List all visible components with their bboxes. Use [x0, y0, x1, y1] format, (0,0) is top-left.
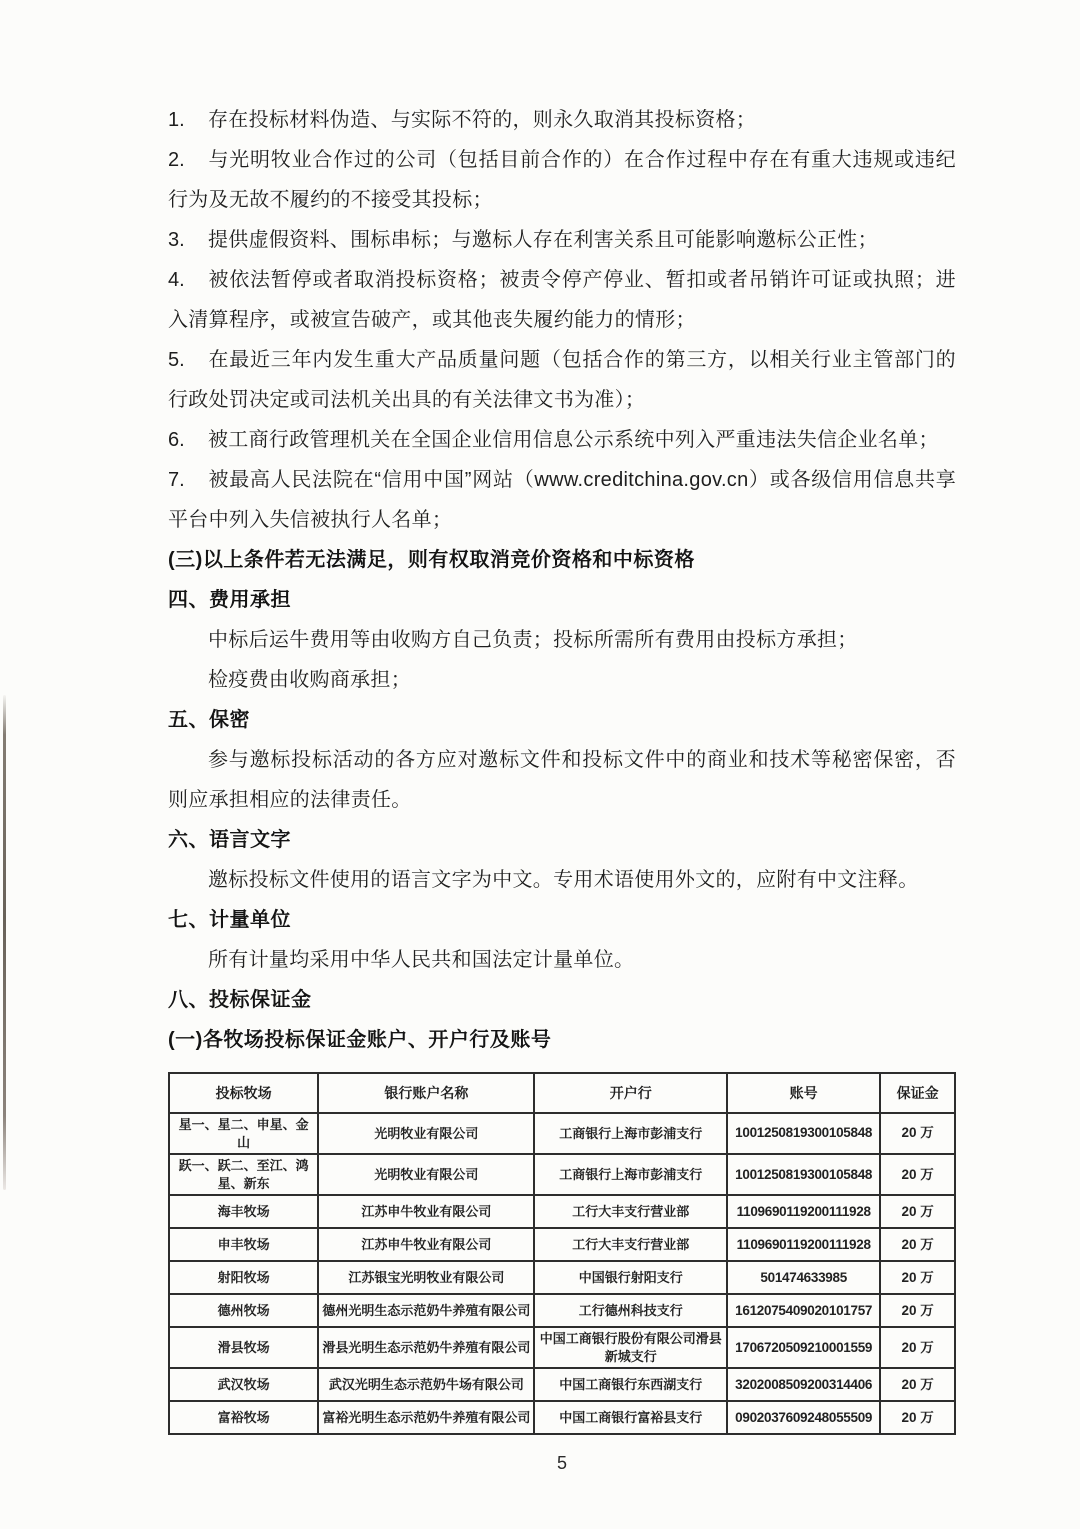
item-number: 6. — [168, 420, 208, 460]
item-text: 提供虚假资料、围标串标；与邀标人存在利害关系且可能影响邀标公正性； — [208, 229, 878, 251]
account-name-cell: 江苏申牛牧业有限公司 — [318, 1228, 534, 1261]
item-text: 被最高人民法院在“信用中国”网站（www.creditchina.gov.cn）… — [168, 469, 956, 531]
item-number: 5. — [168, 340, 208, 380]
farm-cell: 滑县牧场 — [169, 1327, 318, 1368]
account-number-cell: 1109690119200111928 — [727, 1195, 880, 1228]
item-number: 1. — [168, 100, 208, 140]
numbered-item: 4.被依法暂停或者取消投标资格；被责令停产停业、暂扣或者吊销许可证或执照；进入清… — [168, 260, 956, 340]
account-number-cell: 0902037609248055509 — [727, 1401, 880, 1434]
numbered-item: 2.与光明牧业合作过的公司（包括目前合作的）在合作过程中存在有重大违规或违纪行为… — [168, 140, 956, 220]
item-text: 在最近三年内发生重大产品质量问题（包括合作的第三方，以相关行业主管部门的行政处罚… — [168, 349, 956, 411]
clause-heading: (三)以上条件若无法满足，则有权取消竞价资格和中标资格 — [168, 540, 956, 580]
table-row: 申丰牧场江苏申牛牧业有限公司工行大丰支行营业部11096901192001119… — [169, 1228, 955, 1261]
account-number-cell: 1109690119200111928 — [727, 1228, 880, 1261]
bank-branch-cell: 中国工商银行东西湖支行 — [534, 1368, 727, 1401]
item-text: 被依法暂停或者取消投标资格；被责令停产停业、暂扣或者吊销许可证或执照；进入清算程… — [168, 269, 956, 331]
account-name-cell: 光明牧业有限公司 — [318, 1113, 534, 1154]
page-content: 1.存在投标材料伪造、与实际不符的，则永久取消其投标资格； 2.与光明牧业合作过… — [168, 100, 956, 1474]
numbered-item: 7.被最高人民法院在“信用中国”网站（www.creditchina.gov.c… — [168, 460, 956, 540]
section-heading-bid-deposit: 八、投标保证金 — [168, 980, 956, 1020]
bank-branch-cell: 中国工商银行股份有限公司滑县新城支行 — [534, 1327, 727, 1368]
deposit-amount-cell: 20 万 — [880, 1368, 955, 1401]
account-name-cell: 德州光明生态示范奶牛养殖有限公司 — [318, 1294, 534, 1327]
farm-cell: 富裕牧场 — [169, 1401, 318, 1434]
table-header-row: 投标牧场银行账户名称开户行账号保证金 — [169, 1073, 955, 1113]
account-name-cell: 江苏申牛牧业有限公司 — [318, 1195, 534, 1228]
deposit-amount-cell: 20 万 — [880, 1228, 955, 1261]
item-number: 2. — [168, 140, 208, 180]
document-page: 1.存在投标材料伪造、与实际不符的，则永久取消其投标资格； 2.与光明牧业合作过… — [0, 0, 1080, 1529]
bank-branch-cell: 工商银行上海市彭浦支行 — [534, 1113, 727, 1154]
bank-branch-cell: 中国银行射阳支行 — [534, 1261, 727, 1294]
account-name-cell: 江苏银宝光明牧业有限公司 — [318, 1261, 534, 1294]
account-number-cell: 1001250819300105848 — [727, 1154, 880, 1195]
farm-cell: 申丰牧场 — [169, 1228, 318, 1261]
table-row: 海丰牧场江苏申牛牧业有限公司工行大丰支行营业部11096901192001119… — [169, 1195, 955, 1228]
farm-cell: 德州牧场 — [169, 1294, 318, 1327]
deposit-amount-cell: 20 万 — [880, 1261, 955, 1294]
account-number-cell: 1706720509210001559 — [727, 1327, 880, 1368]
farm-cell: 射阳牧场 — [169, 1261, 318, 1294]
deposit-amount-cell: 20 万 — [880, 1294, 955, 1327]
section-paragraph: 检疫费由收购商承担； — [168, 660, 956, 700]
table-row: 星一、星二、申星、金山光明牧业有限公司工商银行上海市彭浦支行1001250819… — [169, 1113, 955, 1154]
numbered-item: 6.被工商行政管理机关在全国企业信用信息公示系统中列入严重违法失信企业名单； — [168, 420, 956, 460]
column-header: 账号 — [727, 1073, 880, 1113]
deposit-amount-cell: 20 万 — [880, 1195, 955, 1228]
deposit-amount-cell: 20 万 — [880, 1401, 955, 1434]
section-paragraph: 中标后运牛费用等由收购方自己负责；投标所需所有费用由投标方承担； — [168, 620, 956, 660]
table-caption: (一)各牧场投标保证金账户、开户行及账号 — [168, 1020, 956, 1060]
numbered-item: 1.存在投标材料伪造、与实际不符的，则永久取消其投标资格； — [168, 100, 956, 140]
deposit-amount-cell: 20 万 — [880, 1113, 955, 1154]
column-header: 保证金 — [880, 1073, 955, 1113]
account-number-cell: 3202008509200314406 — [727, 1368, 880, 1401]
section-paragraph: 邀标投标文件使用的语言文字为中文。专用术语使用外文的，应附有中文注释。 — [168, 860, 956, 900]
item-text: 与光明牧业合作过的公司（包括目前合作的）在合作过程中存在有重大违规或违纪行为及无… — [168, 149, 956, 211]
section-heading-confidentiality: 五、保密 — [168, 700, 956, 740]
account-name-cell: 富裕光明生态示范奶牛养殖有限公司 — [318, 1401, 534, 1434]
bank-branch-cell: 中国工商银行富裕县支行 — [534, 1401, 727, 1434]
account-name-cell: 滑县光明生态示范奶牛养殖有限公司 — [318, 1327, 534, 1368]
column-header: 投标牧场 — [169, 1073, 318, 1113]
section-heading-units: 七、计量单位 — [168, 900, 956, 940]
account-name-cell: 光明牧业有限公司 — [318, 1154, 534, 1195]
bank-branch-cell: 工行大丰支行营业部 — [534, 1195, 727, 1228]
section-heading-fees: 四、费用承担 — [168, 580, 956, 620]
account-number-cell: 1001250819300105848 — [727, 1113, 880, 1154]
column-header: 开户行 — [534, 1073, 727, 1113]
table-row: 跃一、跃二、至江、鸿星、新东光明牧业有限公司工商银行上海市彭浦支行1001250… — [169, 1154, 955, 1195]
account-number-cell: 501474633985 — [727, 1261, 880, 1294]
bank-branch-cell: 工行大丰支行营业部 — [534, 1228, 727, 1261]
account-name-cell: 武汉光明生态示范奶牛场有限公司 — [318, 1368, 534, 1401]
deposit-amount-cell: 20 万 — [880, 1327, 955, 1368]
farm-cell: 海丰牧场 — [169, 1195, 318, 1228]
farm-cell: 星一、星二、申星、金山 — [169, 1113, 318, 1154]
scan-artifact-line — [3, 695, 6, 1190]
table-row: 武汉牧场武汉光明生态示范奶牛场有限公司中国工商银行东西湖支行3202008509… — [169, 1368, 955, 1401]
column-header: 银行账户名称 — [318, 1073, 534, 1113]
deposit-table: 投标牧场银行账户名称开户行账号保证金 星一、星二、申星、金山光明牧业有限公司工商… — [168, 1072, 956, 1435]
numbered-item: 5.在最近三年内发生重大产品质量问题（包括合作的第三方，以相关行业主管部门的行政… — [168, 340, 956, 420]
page-number: 5 — [168, 1453, 956, 1474]
bank-branch-cell: 工行德州科技支行 — [534, 1294, 727, 1327]
section-paragraph: 参与邀标投标活动的各方应对邀标文件和投标文件中的商业和技术等秘密保密，否则应承担… — [168, 740, 956, 820]
item-number: 7. — [168, 460, 208, 500]
item-text: 被工商行政管理机关在全国企业信用信息公示系统中列入严重违法失信企业名单； — [208, 429, 939, 451]
section-paragraph: 所有计量均采用中华人民共和国法定计量单位。 — [168, 940, 956, 980]
account-number-cell: 1612075409020101757 — [727, 1294, 880, 1327]
numbered-item: 3.提供虚假资料、围标串标；与邀标人存在利害关系且可能影响邀标公正性； — [168, 220, 956, 260]
bank-branch-cell: 工商银行上海市彭浦支行 — [534, 1154, 727, 1195]
farm-cell: 武汉牧场 — [169, 1368, 318, 1401]
item-text: 存在投标材料伪造、与实际不符的，则永久取消其投标资格； — [208, 109, 756, 131]
table-row: 德州牧场德州光明生态示范奶牛养殖有限公司工行德州科技支行161207540902… — [169, 1294, 955, 1327]
section-heading-language: 六、语言文字 — [168, 820, 956, 860]
table-row: 滑县牧场滑县光明生态示范奶牛养殖有限公司中国工商银行股份有限公司滑县新城支行17… — [169, 1327, 955, 1368]
table-row: 富裕牧场富裕光明生态示范奶牛养殖有限公司中国工商银行富裕县支行090203760… — [169, 1401, 955, 1434]
deposit-amount-cell: 20 万 — [880, 1154, 955, 1195]
item-number: 4. — [168, 260, 208, 300]
item-number: 3. — [168, 220, 208, 260]
table-row: 射阳牧场江苏银宝光明牧业有限公司中国银行射阳支行50147463398520 万 — [169, 1261, 955, 1294]
table-body: 星一、星二、申星、金山光明牧业有限公司工商银行上海市彭浦支行1001250819… — [169, 1113, 955, 1434]
farm-cell: 跃一、跃二、至江、鸿星、新东 — [169, 1154, 318, 1195]
